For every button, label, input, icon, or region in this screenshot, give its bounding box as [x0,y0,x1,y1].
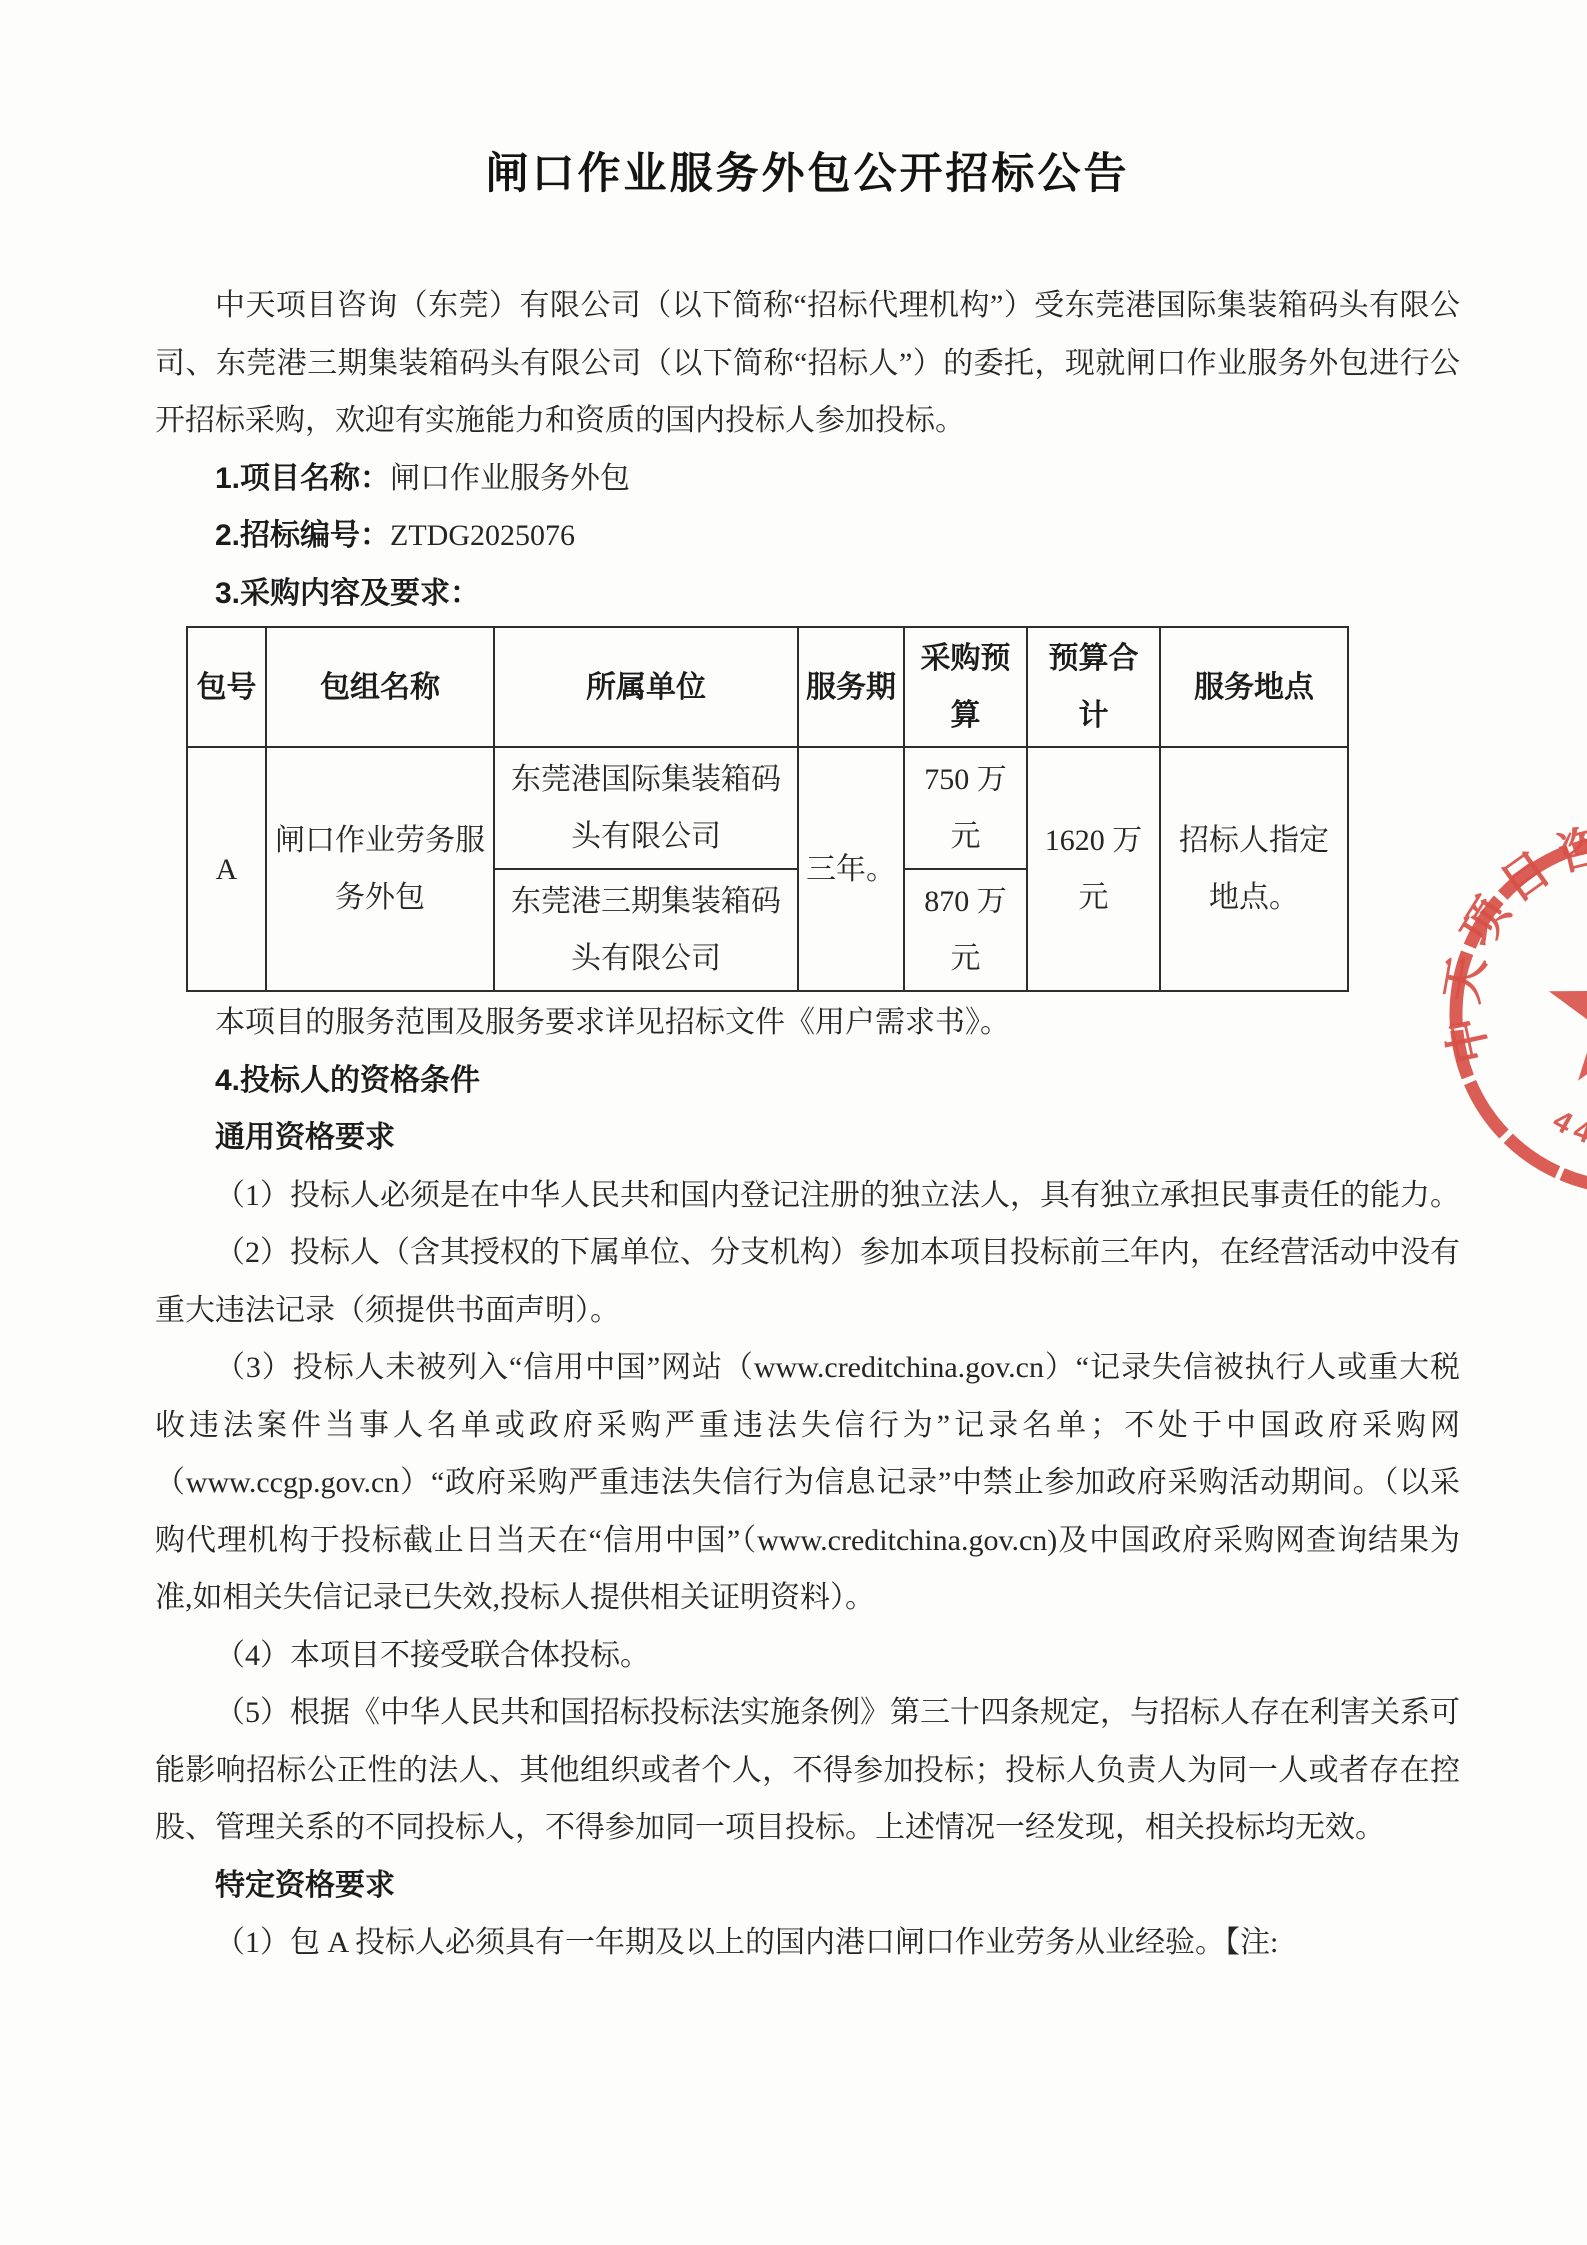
cell-package-no: A [187,747,266,991]
intro-paragraph: 中天项目咨询（东莞）有限公司（以下简称“招标代理机构”）受东莞港国际集装箱码头有… [155,277,1460,450]
general-requirements-heading: 通用资格要求 [155,1109,1460,1167]
document-page: 闸口作业服务外包公开招标公告 中天项目咨询（东莞）有限公司（以下简称“招标代理机… [0,0,1587,2245]
cell-unit-2: 东莞港三期集装箱码头有限公司 [494,869,798,991]
item-project-name-value: 闸口作业服务外包 [390,462,630,495]
cell-budget-total: 1620 万元 [1027,747,1160,991]
general-item-1: （1）投标人必须是在中华人民共和国内登记注册的独立法人，具有独立承担民事责任的能… [155,1167,1460,1225]
header-service-period: 服务期 [798,627,904,747]
cell-budget-2: 870 万元 [904,869,1027,991]
item-tender-number-value: ZTDG2025076 [390,519,575,552]
table-row: A 闸口作业劳务服务外包 东莞港国际集装箱码头有限公司 三年。 750 万元 1… [187,747,1348,869]
seal-arc-text: 中天项目咨询（ [1440,822,1587,1068]
table-header-row: 包号 包组名称 所属单位 服务期 采购预算 预算合计 服务地点 [187,627,1348,747]
specific-requirements-heading: 特定资格要求 [155,1857,1460,1915]
general-item-2: （2）投标人（含其授权的下属单位、分支机构）参加本项目投标前三年内，在经营活动中… [155,1224,1460,1339]
item-procurement-content: 3.采购内容及要求： [155,565,1460,623]
item-project-name-label: 1.项目名称： [215,462,390,495]
general-item-3: （3）投标人未被列入“信用中国”网站（www.creditchina.gov.c… [155,1339,1460,1627]
seal-number-text: 441952 [1547,1104,1587,1157]
header-service-location: 服务地点 [1160,627,1348,747]
header-owner-unit: 所属单位 [494,627,798,747]
item-procurement-content-label: 3.采购内容及要求： [215,577,480,610]
seal-outer-ring [1456,840,1587,1188]
document-body: 中天项目咨询（东莞）有限公司（以下简称“招标代理机构”）受东莞港国际集装箱码头有… [155,277,1460,1972]
item-project-name: 1.项目名称：闸口作业服务外包 [155,450,1460,508]
cell-service-location: 招标人指定地点。 [1160,747,1348,991]
seal-star-icon [1549,936,1587,1081]
specific-item-1: （1）包 A 投标人必须具有一年期及以上的国内港口闸口作业劳务从业经验。【注: [155,1914,1460,1972]
cell-package-name: 闸口作业劳务服务外包 [266,747,494,991]
page-title: 闸口作业服务外包公开招标公告 [155,140,1460,201]
cell-unit-1: 东莞港国际集装箱码头有限公司 [494,747,798,869]
general-item-5: （5）根据《中华人民共和国招标投标法实施条例》第三十四条规定，与招标人存在利害关… [155,1684,1460,1857]
header-procurement-budget: 采购预算 [904,627,1027,747]
company-seal-stamp: 中天项目咨询（ 441952 [1440,822,1587,1217]
header-package-no: 包号 [187,627,266,747]
procurement-table: 包号 包组名称 所属单位 服务期 采购预算 预算合计 服务地点 A 闸口作业劳务… [186,626,1349,992]
scope-note: 本项目的服务范围及服务要求详见招标文件《用户需求书》。 [155,994,1460,1052]
general-item-4: （4）本项目不接受联合体投标。 [155,1627,1460,1685]
header-package-name: 包组名称 [266,627,494,747]
qualification-heading: 4.投标人的资格条件 [155,1052,1460,1110]
item-tender-number: 2.招标编号：ZTDG2025076 [155,507,1460,565]
cell-budget-1: 750 万元 [904,747,1027,869]
cell-service-period: 三年。 [798,747,904,991]
item-tender-number-label: 2.招标编号： [215,519,390,552]
header-budget-total: 预算合计 [1027,627,1160,747]
